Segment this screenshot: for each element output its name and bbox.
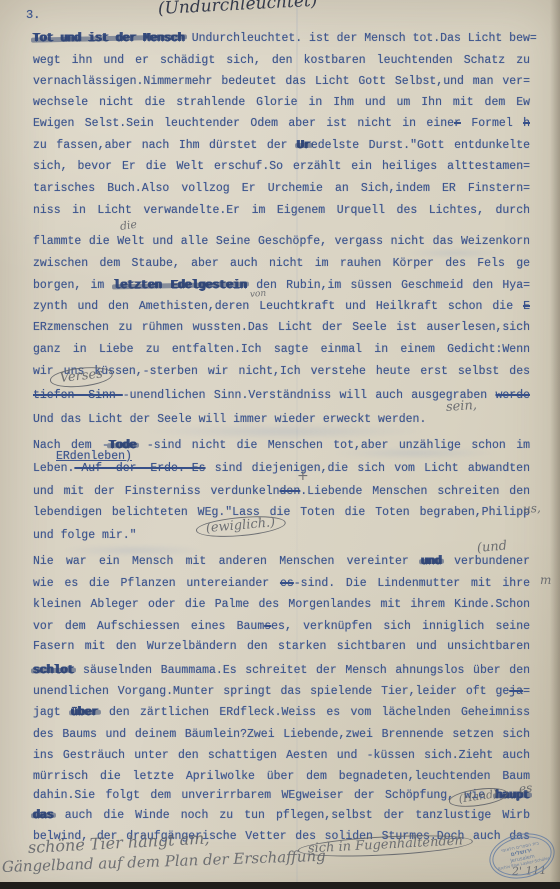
typed-line: Tot und ist der Mensch Undurchleuchtet. … (33, 33, 530, 45)
struck-text: ja (509, 685, 523, 698)
typed-text: tarisches Buch.Also vollzog Er Urchemie … (33, 182, 530, 195)
typed-text: es, verknüpfen sich inniglich seine (271, 620, 530, 633)
typed-text: Und das Licht der Seele will immer wiede… (33, 413, 426, 426)
typed-line: Leben.-Auf--der--Erde.-Es sind diejenige… (33, 463, 530, 475)
typed-line: Ewigen Selst.Sein leuchtender Odem aber … (33, 118, 530, 130)
struck-text: -Auf--der--Erde.-Es (74, 462, 205, 475)
struck-text: Ur (297, 139, 311, 152)
typed-line: zynth und den Amethisten,deren Leuchtkra… (33, 301, 530, 313)
typed-line: jagt über den zärtlichen ERdfleck.Weiss … (33, 707, 530, 719)
typed-line: ERzmenschen zu rühmen wussten.Das Licht … (33, 322, 530, 334)
typed-text: .Liebende Menschen schreiten den (300, 485, 530, 498)
typed-text: Fasern mit den Wurzelbändern den starken… (33, 640, 530, 653)
struck-text: und (421, 555, 442, 568)
typed-line: wie es die Pflanzen untereiander es-sind… (33, 578, 530, 590)
typed-line: das auch die Winde noch zu tun pflegen,s… (33, 810, 530, 822)
typed-text: dahin.Sie folgt dem unverirrbarem WEgwei… (33, 789, 495, 802)
typed-line: zu fassen,aber nach Ihm dürstet der Ured… (33, 140, 530, 152)
typed-text: unendlichen Vorgang.Munter springt das s… (33, 685, 509, 698)
typed-text: Ewigen Selst.Sein leuchtender Odem aber … (33, 117, 454, 130)
ink-bleed-mark (140, 424, 430, 439)
struck-text: schlot (33, 664, 74, 677)
typed-text: wechsele nicht die strahlende Glorie in … (33, 96, 530, 109)
scan-edge-bottom (0, 882, 560, 889)
scan-edge-right (550, 0, 560, 889)
typed-text: Undurchleuchtet. ist der Mensch tot.Das … (185, 32, 537, 45)
typed-text: mürrisch die letzte Aprilwolke über dem … (33, 770, 530, 783)
struck-text: letzten Edelgestein (114, 279, 247, 292)
page-number: 3. (26, 8, 40, 22)
typed-line: borgen, im letzten Edelgestein den Rubin… (33, 280, 530, 292)
typed-line: niss in Licht verwandelte.Er im Eigenem … (33, 205, 530, 217)
typed-line: unendlichen Vorgang.Munter springt das s… (33, 686, 530, 698)
typed-text: kleinen Ableger oder die Palme des Morge… (33, 598, 530, 611)
struck-text: E (523, 300, 530, 313)
typed-text: wegt ihn und er schädigt sich, den kostb… (33, 54, 530, 67)
struck-text: tiefen--Sinn- (33, 389, 123, 402)
typed-text: des Baums und deinem Bäumlein?Zwei Liebe… (33, 728, 530, 741)
typed-text: -unendlichen Sinn.Verständniss will auch… (123, 389, 496, 402)
typed-line: Fasern mit den Wurzelbändern den starken… (33, 641, 530, 653)
handwritten-annotation: die (119, 219, 138, 233)
typed-line: ins Gesträuch unter den schattigen Aeste… (33, 750, 530, 762)
typed-text: Nie war ein Mensch mit anderen Menschen … (33, 555, 421, 568)
typed-text: sind diejenigen,die sich vom Licht abwan… (206, 462, 530, 475)
struck-text: r (454, 117, 461, 130)
typed-line: ganz in Liebe zu entfalten.Ich sagte ein… (33, 344, 530, 356)
typed-text: zwischen dem Staube, aber auch nicht im … (33, 257, 530, 270)
typed-text: ins Gesträuch unter den schattigen Aeste… (33, 749, 530, 762)
typed-text: ERzmenschen zu rühmen wussten.Das Licht … (33, 321, 530, 334)
typed-text: den zärtlichen ERdfleck.Weiss es vom läc… (99, 706, 530, 719)
handwritten-annotation: + (297, 469, 309, 484)
handwritten-annotation: us, (523, 502, 542, 516)
typed-line: und folge mir." (33, 530, 530, 542)
typed-text: Leben. (33, 462, 74, 475)
typed-line: des Baums und deinem Bäumlein?Zwei Liebe… (33, 729, 530, 741)
typed-text: vor dem Aufschiessen eines Baum (33, 620, 264, 633)
typed-text: und folge mir." (33, 529, 137, 542)
typed-text: borgen, im (33, 279, 114, 292)
typed-text: -sind. Die Lindenmutter mit ihre (294, 577, 530, 590)
typed-text: lebendigen belichteten WEg."Lass die Tot… (33, 506, 530, 519)
typed-text: säuselnden Baummama.Es schreitet der Men… (74, 664, 530, 677)
typed-line: schlot säuselnden Baummama.Es schreitet … (33, 665, 530, 677)
typed-text: = (523, 685, 530, 698)
typed-line: vor dem Aufschiessen eines Baumses, verk… (33, 621, 530, 633)
handwritten-annotation: (und (476, 539, 507, 555)
handwritten-annotation: sein, (446, 399, 478, 415)
struck-text: Tot und ist der Mensch (33, 32, 185, 45)
typed-line: vernachlässigen.Nimmermehr bedeutet das … (33, 76, 530, 88)
typed-text: vernachlässigen.Nimmermehr bedeutet das … (33, 75, 530, 88)
typed-line: kleinen Ableger oder die Palme des Morge… (33, 599, 530, 611)
handwritten-annotation: (Undurchleuchtet) (158, 0, 318, 19)
typed-line: mürrisch die letzte Aprilwolke über dem … (33, 771, 530, 783)
typed-text: den Rubin,im süssen Geschmeid den Hya= (247, 279, 530, 292)
struck-text: den (280, 485, 301, 498)
typed-text: und mit der Finsterniss verdunkeln (33, 485, 280, 498)
struck-text: es (280, 577, 294, 590)
typed-line: Und das Licht der Seele will immer wiede… (33, 414, 530, 426)
struck-text: werde (495, 389, 530, 402)
typed-line: wegt ihn und er schädigt sich, den kostb… (33, 55, 530, 67)
typed-text: flammte die Welt und alle Seine Geschöpf… (33, 235, 530, 248)
typed-line: zwischen dem Staube, aber auch nicht im … (33, 258, 530, 270)
typed-text: auch die Winde noch zu tun pflegen,selbs… (54, 809, 530, 822)
typed-line: flammte die Welt und alle Seine Geschöpf… (33, 236, 530, 248)
struck-text: h (523, 117, 530, 130)
typed-text: Formel (461, 117, 523, 130)
typed-text: ganz in Liebe zu entfalten.Ich sagte ein… (33, 343, 530, 356)
struck-text: über (71, 706, 99, 719)
typed-text: verbundener (442, 555, 530, 568)
typed-line: wechsele nicht die strahlende Glorie in … (33, 97, 530, 109)
typed-insertion: ERdenleben) (56, 451, 132, 463)
typed-text: zynth und den Amethisten,deren Leuchtkra… (33, 300, 523, 313)
struck-text: das (33, 809, 54, 822)
typed-text: edelste Durst."Gott entdunkelte (311, 139, 530, 152)
typed-line: Nie war ein Mensch mit anderen Menschen … (33, 556, 530, 568)
typed-text: niss in Licht verwandelte.Er im Eigenem … (33, 204, 530, 217)
handwritten-annotation: es (518, 782, 533, 796)
typed-text: zu fassen,aber nach Ihm dürstet der (33, 139, 297, 152)
document-page: 3. Tot und ist der Mensch Undurchleuchte… (0, 0, 560, 889)
typed-line: sich, bevor Er die Welt erschuf.So erzäh… (33, 161, 530, 173)
typed-line: lebendigen belichteten WEg."Lass die Tot… (33, 507, 530, 519)
typed-text: wie es die Pflanzen untereiander (33, 577, 280, 590)
handwritten-annotation: von (250, 290, 267, 301)
typed-line: tarisches Buch.Also vollzog Er Urchemie … (33, 183, 530, 195)
typed-text: -sind nicht die Menschen tot,aber unzähl… (137, 439, 530, 452)
typed-text: jagt (33, 706, 71, 719)
typed-line: und mit der Finsterniss verdunkelnden.Li… (33, 486, 530, 498)
typed-text: sich, bevor Er die Welt erschuf.So erzäh… (33, 160, 530, 173)
